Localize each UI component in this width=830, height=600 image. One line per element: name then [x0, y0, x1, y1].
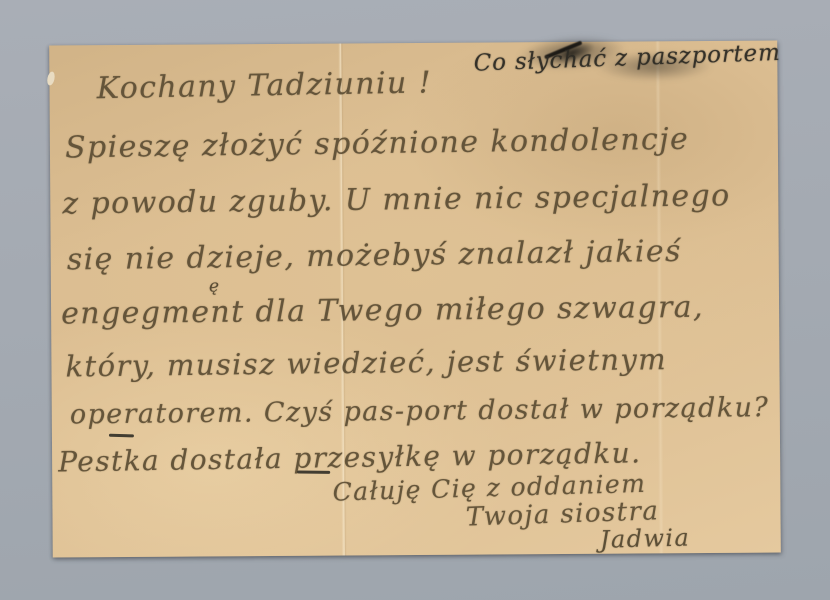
handwriting-line: Spieszę złożyć spóźnione kondolencje — [65, 122, 690, 166]
handwriting-line: z powodu zguby. U mnie nic specjalnego — [62, 178, 731, 221]
underline-mark — [297, 471, 330, 474]
paper-edge-nick — [46, 71, 56, 86]
signature: Jadwia — [600, 524, 691, 554]
handwritten-postcard: Co słychać z paszportem Kochany Tadziuni… — [49, 40, 781, 557]
handwriting-line: który, musisz wiedzieć, jest świetnym — [65, 342, 667, 383]
handwriting-line: operatorem. Czyś pas-port dostał w porzą… — [70, 392, 770, 430]
underline-mark — [109, 434, 134, 438]
scan-background: Co słychać z paszportem Kochany Tadziuni… — [0, 0, 830, 600]
superscript-correction: ę — [209, 276, 221, 296]
annotation-top-right: Co słychać z paszportem — [473, 40, 781, 77]
handwriting-line: się nie dzieje, możebyś znalazł jakieś — [67, 234, 682, 278]
handwriting-line-greeting: Kochany Tadziuniu ! — [96, 65, 432, 106]
handwriting-line: engegment dla Twego miłego szwagra, — [61, 290, 704, 332]
